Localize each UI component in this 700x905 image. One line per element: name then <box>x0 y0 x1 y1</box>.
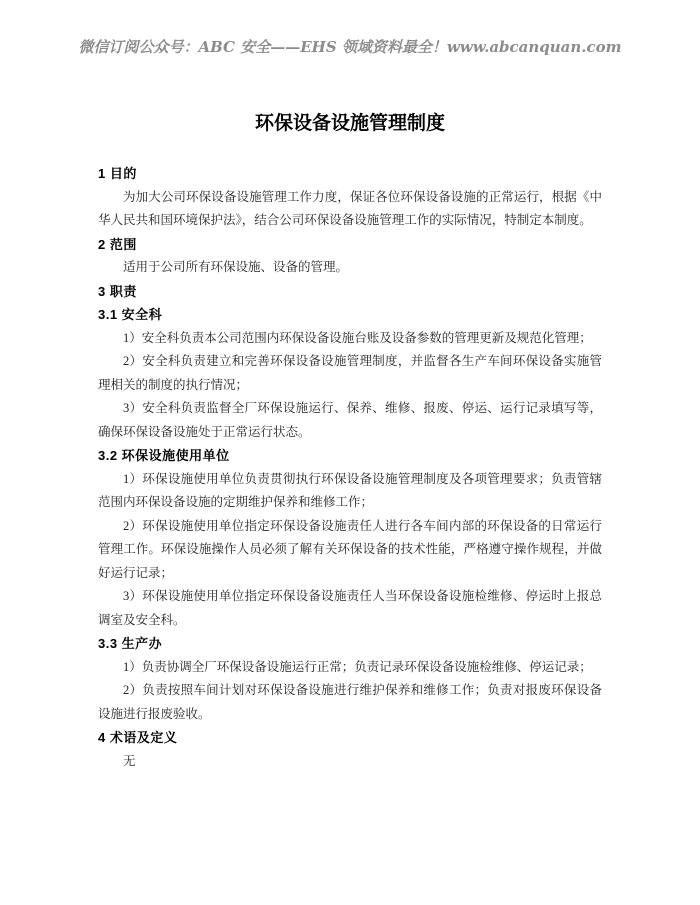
section-heading: 1 目的 <box>98 162 602 186</box>
section-heading: 3.2 环保设施使用单位 <box>98 444 602 468</box>
paragraph: 2）环保设施使用单位指定环保设备设施责任人进行各车间内部的环保设备的日常运行管理… <box>98 515 602 586</box>
paragraph: 1）环保设施使用单位负责贯彻执行环保设备设施管理制度及各项管理要求；负责管辖范围… <box>98 468 602 515</box>
document-body: 1 目的为加大公司环保设备设施管理工作力度，保证各位环保设备设施的正常运行，根据… <box>98 162 602 773</box>
section-heading: 2 范围 <box>98 233 602 257</box>
section-heading: 3.3 生产办 <box>98 632 602 656</box>
section: 3.1 安全科1）安全科负责本公司范围内环保设备设施台账及设备参数的管理更新及规… <box>98 303 602 444</box>
section: 3.2 环保设施使用单位1）环保设施使用单位负责贯彻执行环保设备设施管理制度及各… <box>98 444 602 632</box>
section-heading: 3.1 安全科 <box>98 303 602 327</box>
paragraph: 2）负责按照车间计划对环保设备设施进行维护保养和维修工作；负责对报废环保设备设施… <box>98 679 602 726</box>
paragraph: 适用于公司所有环保设施、设备的管理。 <box>98 256 602 280</box>
section: 1 目的为加大公司环保设备设施管理工作力度，保证各位环保设备设施的正常运行，根据… <box>98 162 602 233</box>
paragraph: 2）安全科负责建立和完善环保设备设施管理制度，并监督各生产车间环保设备实施管理相… <box>98 350 602 397</box>
watermark-header: 微信订阅公众号：ABC 安全——EHS 领域资料最全！www.abcanquan… <box>68 38 632 56</box>
section: 4 术语及定义无 <box>98 726 602 773</box>
section: 3 职责 <box>98 280 602 304</box>
document-title: 环保设备设施管理制度 <box>98 110 602 138</box>
section: 2 范围适用于公司所有环保设施、设备的管理。 <box>98 233 602 280</box>
paragraph: 为加大公司环保设备设施管理工作力度，保证各位环保设备设施的正常运行，根据《中华人… <box>98 186 602 233</box>
section-heading: 3 职责 <box>98 280 602 304</box>
document-page: 微信订阅公众号：ABC 安全——EHS 领域资料最全！www.abcanquan… <box>0 0 700 905</box>
section-heading: 4 术语及定义 <box>98 726 602 750</box>
section: 3.3 生产办1）负责协调全厂环保设备设施运行正常；负责记录环保设备设施检维修、… <box>98 632 602 726</box>
paragraph: 3）安全科负责监督全厂环保设施运行、保养、维修、报废、停运、运行记录填写等，确保… <box>98 397 602 444</box>
paragraph: 1）安全科负责本公司范围内环保设备设施台账及设备参数的管理更新及规范化管理； <box>98 327 602 351</box>
paragraph: 无 <box>98 750 602 774</box>
paragraph: 3）环保设施使用单位指定环保设备设施责任人当环保设备设施检维修、停运时上报总调室… <box>98 585 602 632</box>
paragraph: 1）负责协调全厂环保设备设施运行正常；负责记录环保设备设施检维修、停运记录； <box>98 656 602 680</box>
